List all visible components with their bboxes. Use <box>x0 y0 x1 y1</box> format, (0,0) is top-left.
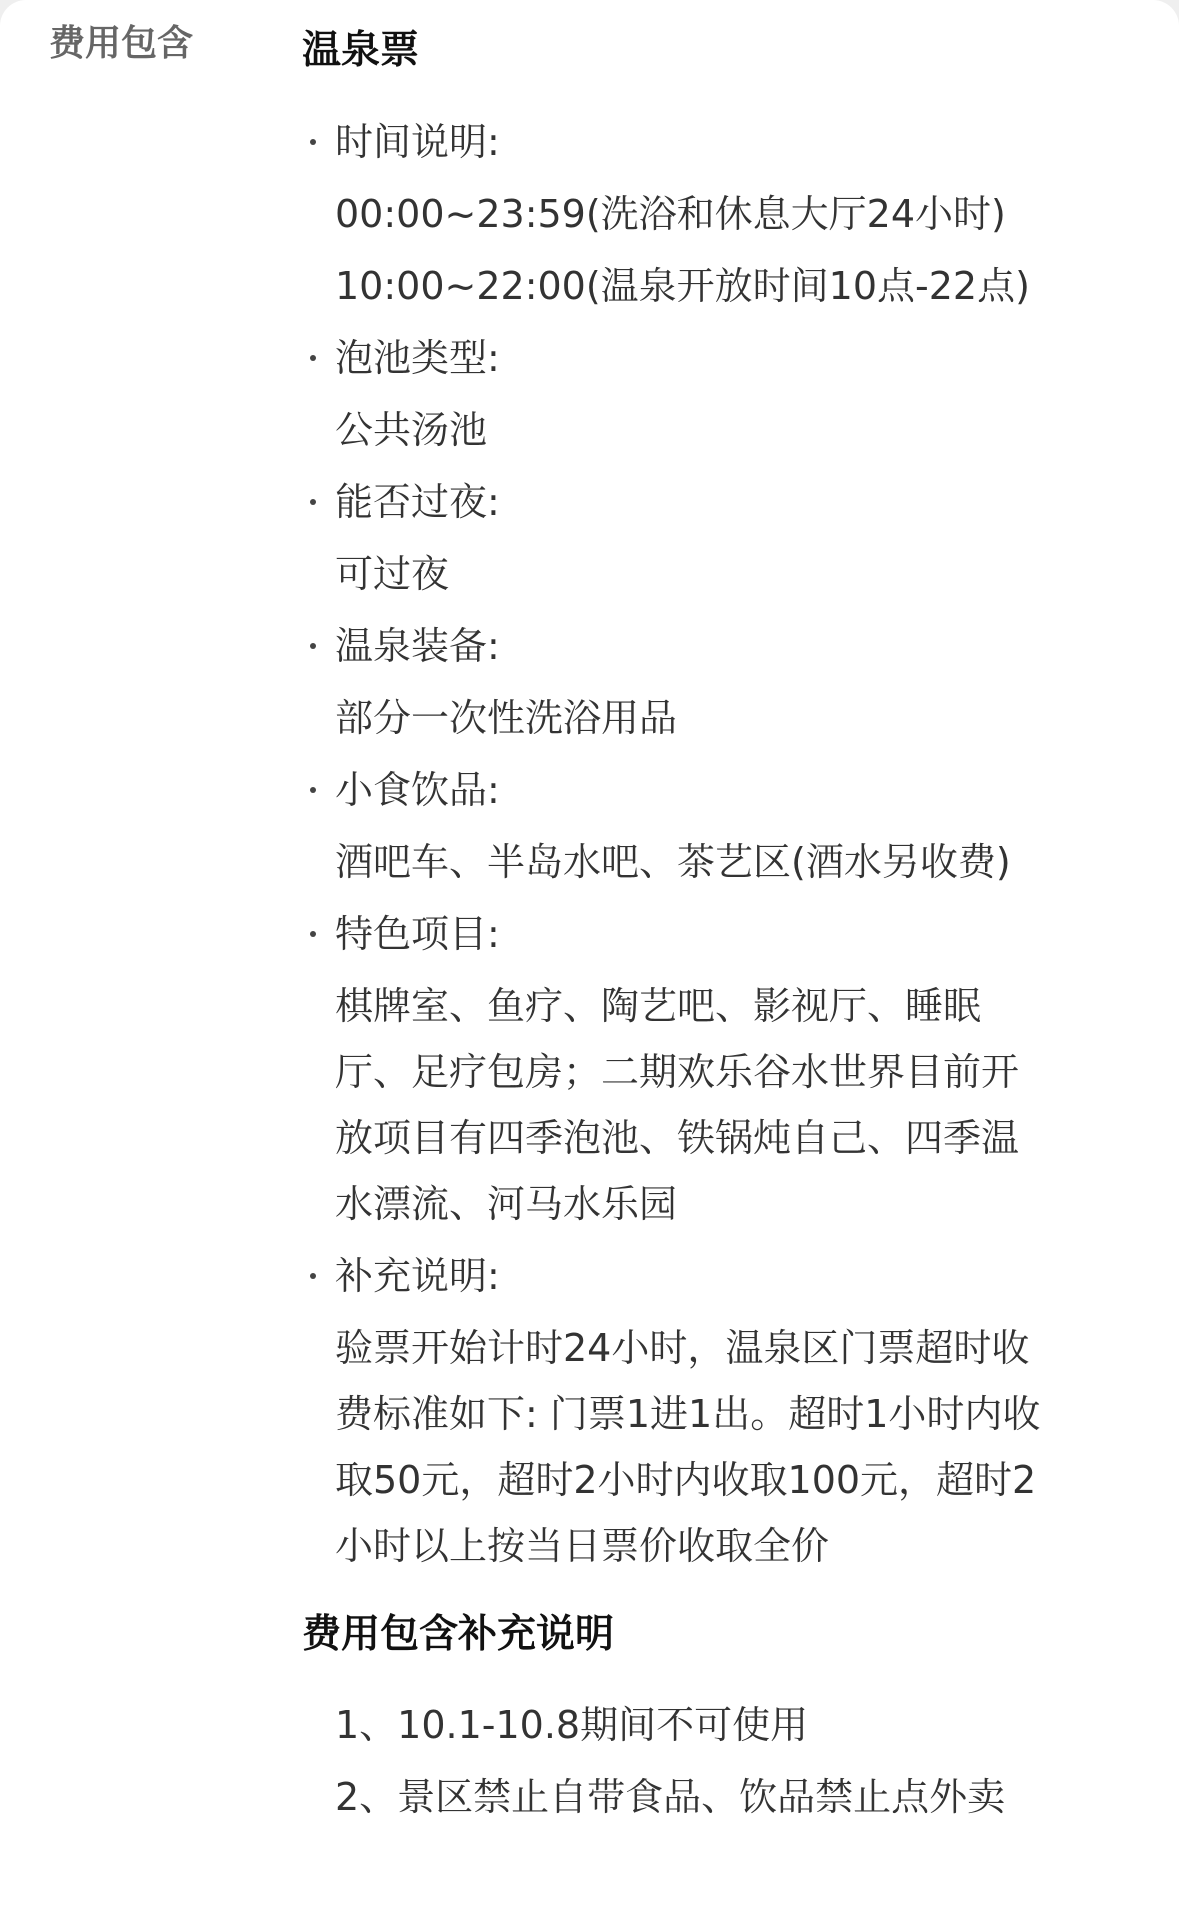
list-item-heading: 能否过夜: <box>302 469 1102 535</box>
list-item-heading: 温泉装备: <box>302 613 1102 679</box>
paragraph-line: 水漂流、河马水乐园 <box>302 1171 1102 1237</box>
paragraph-line: 费标准如下: 门票1进1出。超时1小时内收 <box>302 1381 1102 1447</box>
list-item-heading: 时间说明: <box>302 109 1102 175</box>
list-item-value: 可过夜 <box>302 541 1102 607</box>
paragraph-line: 小时以上按当日票价收取全价 <box>302 1513 1102 1579</box>
bullet-dot-icon <box>310 643 316 649</box>
fee-includes-label: 费用包含 <box>49 18 193 70</box>
heading-text: 能否过夜: <box>335 480 500 524</box>
paragraph-line: 取50元，超时2小时内收取100元，超时2 <box>302 1447 1102 1513</box>
list-item-value: 部分一次性洗浴用品 <box>302 685 1102 751</box>
ticket-title: 温泉票 <box>302 21 419 81</box>
bullet-dot-icon <box>310 499 316 505</box>
supplement-notes-list: 1、10.1-10.8期间不可使用 2、景区禁止自带食品、饮品禁止点外卖 <box>335 1692 1005 1836</box>
list-item-value: 公共汤池 <box>302 397 1102 463</box>
bullet-dot-icon <box>310 787 316 793</box>
supplement-title: 费用包含补充说明 <box>302 1605 614 1665</box>
note-item: 1、10.1-10.8期间不可使用 <box>335 1692 1005 1758</box>
bullet-dot-icon <box>310 355 316 361</box>
heading-text: 小食饮品: <box>335 768 500 812</box>
heading-text: 泡池类型: <box>335 336 500 380</box>
list-item-value: 10:00~22:00(温泉开放时间10点-22点) <box>302 253 1102 319</box>
list-item-heading: 泡池类型: <box>302 325 1102 391</box>
list-item-value: 酒吧车、半岛水吧、茶艺区(酒水另收费) <box>302 829 1102 895</box>
bullet-dot-icon <box>310 139 316 145</box>
ticket-details-list: 时间说明: 00:00~23:59(洗浴和休息大厅24小时) 10:00~22:… <box>302 109 1102 1585</box>
heading-text: 时间说明: <box>335 120 500 164</box>
heading-text: 补充说明: <box>335 1254 500 1298</box>
heading-text: 特色项目: <box>335 912 500 956</box>
paragraph-line: 放项目有四季泡池、铁锅炖自己、四季温 <box>302 1105 1102 1171</box>
fee-includes-card: 费用包含 温泉票 时间说明: 00:00~23:59(洗浴和休息大厅24小时) … <box>0 0 1179 1881</box>
list-item-heading: 小食饮品: <box>302 757 1102 823</box>
list-item-heading: 特色项目: <box>302 901 1102 967</box>
bullet-dot-icon <box>310 931 316 937</box>
paragraph-line: 棋牌室、鱼疗、陶艺吧、影视厅、睡眠 <box>302 973 1102 1039</box>
bullet-dot-icon <box>310 1273 316 1279</box>
paragraph-line: 厅、足疗包房；二期欢乐谷水世界目前开 <box>302 1039 1102 1105</box>
list-item-heading: 补充说明: <box>302 1243 1102 1309</box>
note-item: 2、景区禁止自带食品、饮品禁止点外卖 <box>335 1764 1005 1830</box>
paragraph-line: 验票开始计时24小时，温泉区门票超时收 <box>302 1315 1102 1381</box>
heading-text: 温泉装备: <box>335 624 500 668</box>
list-item-value: 00:00~23:59(洗浴和休息大厅24小时) <box>302 181 1102 247</box>
